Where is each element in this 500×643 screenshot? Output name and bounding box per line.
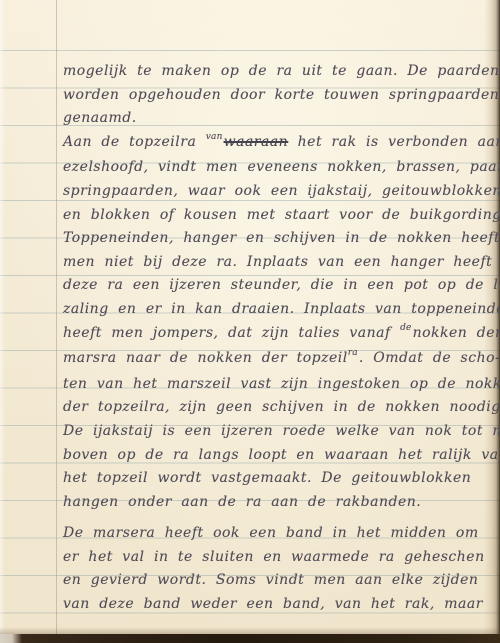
handwriting-segment: ten van het marszeil vast zijn ingestoke… (63, 376, 500, 392)
handwriting-line: zaling en er in kan draaien. Inplaats va… (63, 298, 488, 322)
handwriting-line: men niet bij deze ra. Inplaats van een h… (63, 251, 488, 275)
handwriting-segment: springpaarden, waar ook een ijakstaij, g… (63, 183, 500, 199)
handwriting-segment: Toppeneinden, hanger en schijven in de n… (63, 230, 500, 246)
notebook-page: mogelijk te maken op de ra uit te gaan. … (0, 0, 500, 643)
handwriting-line: heeft men jompers, dat zijn talies vanaf… (63, 322, 488, 348)
superscript-insertion: van (206, 126, 223, 150)
handwriting-segment: zaling en er in kan draaien. Inplaats va… (63, 301, 500, 317)
handwriting-line: er het val in te sluiten en waarmede ra … (63, 546, 488, 570)
strikethrough-text: waaraan (224, 134, 289, 150)
handwriting-segment: deze ra een ijzeren steunder, die in een… (63, 277, 500, 293)
handwriting-line: boven op de ra langs loopt en waaraan he… (63, 444, 488, 468)
handwriting-line: het topzeil wordt vastgemaakt. De geitou… (63, 467, 488, 491)
paragraph: mogelijk te maken op de ra uit te gaan. … (63, 60, 488, 131)
handwriting-segment: Aan de topzeilra (63, 134, 206, 150)
handwriting-line: ezelshoofd, vindt men eveneens nokken, b… (63, 156, 488, 180)
handwriting-line: De marsera heeft ook een band in het mid… (63, 522, 488, 546)
handwriting-segment: worden opgehouden door korte touwen spri… (63, 87, 499, 103)
handwriting-line: deze ra een ijzeren steunder, die in een… (63, 274, 488, 298)
handwriting-segment: het topzeil wordt vastgemaakt. De geitou… (63, 470, 471, 486)
paragraph: Aan de topzeilra vanwaaraan het rak is v… (63, 131, 488, 515)
handwriting-line: genaamd. (63, 107, 488, 131)
handwriting-line: Toppeneinden, hanger en schijven in de n… (63, 227, 488, 251)
handwriting-segment: men niet bij deze ra. Inplaats van een h… (63, 254, 500, 270)
superscript-insertion: de (400, 317, 412, 341)
handwriting-segment: en blokken of kousen met staart voor de … (63, 207, 500, 223)
superscript-insertion: ra (348, 342, 358, 366)
handwriting-line: De ijakstaij is een ijzeren roede welke … (63, 420, 488, 444)
handwriting-segment: en gevierd wordt. Soms vindt men aan elk… (63, 572, 478, 588)
handwriting-line: worden opgehouden door korte touwen spri… (63, 84, 488, 108)
paragraph: De marsera heeft ook een band in het mid… (63, 522, 488, 616)
handwriting-line: marsra naar de nokken der topzeilra. Omd… (63, 347, 488, 373)
handwriting-line: der topzeilra, zijn geen schijven in de … (63, 396, 488, 420)
page-bottom-shadow (0, 627, 500, 634)
handwriting-line: Aan de topzeilra vanwaaraan het rak is v… (63, 131, 488, 157)
handwriting-segment: genaamd. (63, 110, 137, 126)
photo-bottom-edge (0, 634, 500, 643)
handwriting-line: mogelijk te maken op de ra uit te gaan. … (63, 60, 488, 84)
handwriting-line: springpaarden, waar ook een ijakstaij, g… (63, 180, 488, 204)
handwriting-segment: De ijakstaij is een ijzeren roede welke … (63, 423, 500, 439)
handwriting-line: en blokken of kousen met staart voor de … (63, 204, 488, 228)
handwriting-segment: heeft men jompers, dat zijn talies vanaf (63, 325, 400, 341)
handwriting-line: van deze band weder een band, van het ra… (63, 593, 488, 617)
handwriting-line: ten van het marszeil vast zijn ingestoke… (63, 373, 488, 397)
handwriting-segment: De marsera heeft ook een band in het mid… (63, 525, 479, 541)
handwriting-line: en gevierd wordt. Soms vindt men aan elk… (63, 569, 488, 593)
handwriting-line: hangen onder aan de ra aan de rakbanden. (63, 491, 488, 515)
page-left-edge (0, 0, 5, 643)
handwriting-segment: boven op de ra langs loopt en waaraan he… (63, 447, 500, 463)
handwriting-segment: mogelijk te maken op de ra uit te gaan. … (63, 63, 500, 79)
handwriting-segment: marsra naar de nokken der topzeil (63, 350, 348, 366)
handwriting-segment: het rak is verbonden aan het (288, 134, 500, 150)
handwritten-text: mogelijk te maken op de ra uit te gaan. … (63, 60, 488, 617)
handwriting-segment: . Omdat de scho- (359, 350, 500, 366)
margin-rule-line (56, 0, 57, 634)
handwriting-segment: nokken der (413, 325, 500, 341)
handwriting-segment: der topzeilra, zijn geen schijven in de … (63, 399, 500, 415)
handwriting-segment: hangen onder aan de ra aan de rakbanden. (63, 494, 421, 510)
handwriting-segment: ezelshoofd, vindt men eveneens nokken, b… (63, 159, 500, 175)
handwriting-segment: van deze band weder een band, van het ra… (63, 596, 483, 612)
handwriting-segment: er het val in te sluiten en waarmede ra … (63, 549, 485, 565)
